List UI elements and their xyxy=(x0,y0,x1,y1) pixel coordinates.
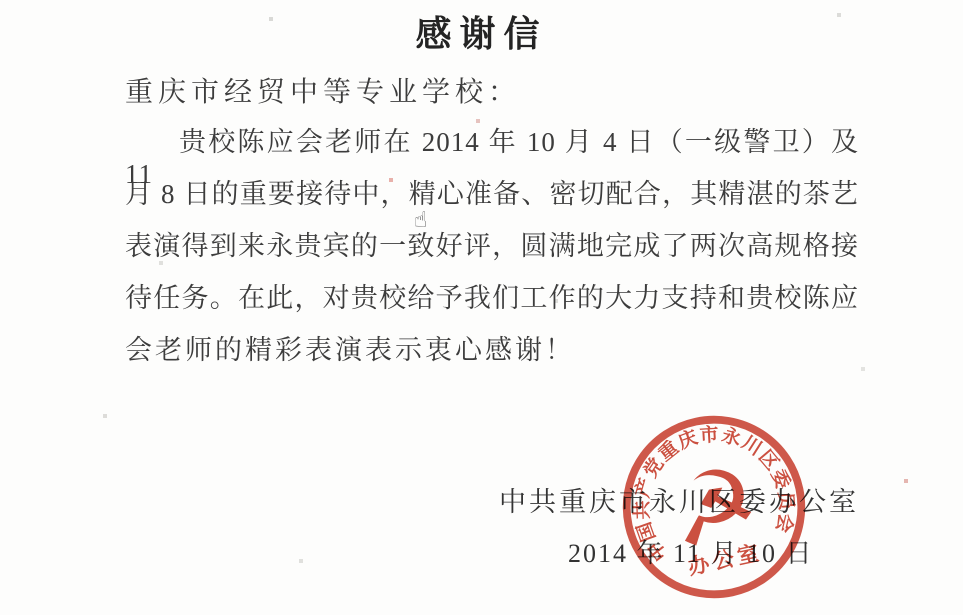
body-line-4: 待任务。在此，对贵校给予我们工作的大力支持和贵校陈应 xyxy=(125,276,859,316)
body-line-1: 贵校陈应会老师在 2014 年 10 月 4 日（一级警卫）及 11 xyxy=(125,120,859,160)
letter-date: 2014 年 11 月 10 日 xyxy=(568,533,814,570)
scanned-letter-page: 感谢信 重庆市经贸中等专业学校： 贵校陈应会老师在 2014 年 10 月 4 … xyxy=(0,0,963,615)
letter-signature: 中共重庆市永川区委办公室 xyxy=(499,480,859,519)
hand-cursor-icon: ☝ xyxy=(414,210,438,234)
body-line-2: 月 8 日的重要接待中，精心准备、密切配合，其精湛的茶艺 xyxy=(125,172,859,212)
letter-salutation: 重庆市经贸中等专业学校： xyxy=(125,70,521,110)
scan-noise xyxy=(0,0,2,2)
body-line-5: 会老师的精彩表演表示衷心感谢！ xyxy=(125,328,859,368)
letter-title: 感谢信 xyxy=(0,6,963,57)
body-line-3: 表演得到来永贵宾的一致好评，圆满地完成了两次高规格接 xyxy=(125,224,859,264)
